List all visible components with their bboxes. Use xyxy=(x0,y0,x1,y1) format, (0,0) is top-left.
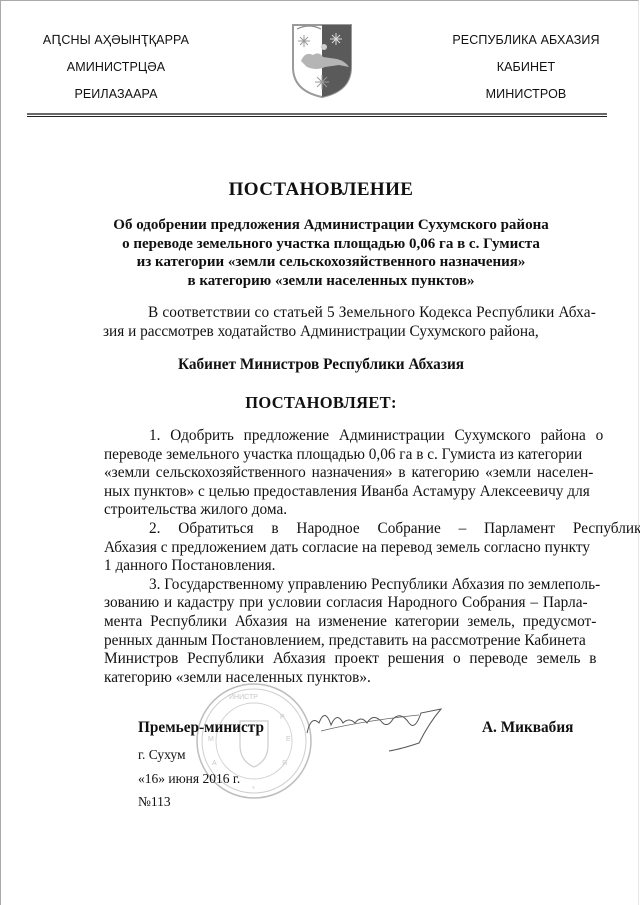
subject-line: из категории «земли сельскохозяйственног… xyxy=(101,253,561,272)
preamble-line: В соответствии со статьей 5 Земельного К… xyxy=(103,303,591,322)
letterhead-russian: РЕСПУБЛИКА АБХАЗИЯ КАБИНЕТ МИНИСТРОВ xyxy=(446,27,606,108)
item-line: мента Республики Абхазия на изменение ка… xyxy=(104,613,592,632)
letterhead-abkhaz: АԤСНЫ АҲӘЫНҬҚАРРА АМИНИСТРЦӘА РЕИЛАЗААРА xyxy=(31,27,201,108)
letterhead-line: МИНИСТРОВ xyxy=(446,81,606,108)
item-line: 1. Одобрить предложение Администрации Су… xyxy=(104,427,592,446)
preamble-line: зия и рассмотрев ходатайство Администрац… xyxy=(103,322,591,341)
subject-line: в категорию «земли населенных пунктов» xyxy=(101,272,561,291)
signatory-position: Премьер-министр xyxy=(138,719,264,737)
letterhead-line: РЕИЛАЗААРА xyxy=(31,81,201,108)
svg-text:Я: Я xyxy=(282,760,287,767)
resolves-heading: ПОСТАНОВЛЯЕТ: xyxy=(1,393,640,413)
letterhead-line: АМИНИСТРЦӘА xyxy=(31,54,201,81)
item-2: 2. Обратиться в Народное Собрание – Парл… xyxy=(104,520,592,576)
item-line: «земли сельскохозяйственного назначения»… xyxy=(104,464,592,483)
signatory-name: А. Миквабия xyxy=(482,719,573,737)
item-line: Министров Республики Абхазия проект реше… xyxy=(104,650,592,669)
item-line: 1 данного Постановления. xyxy=(104,557,592,576)
item-line: ренных данным Постановлением, представит… xyxy=(104,632,592,651)
document-page: АԤСНЫ АҲӘЫНҬҚАРРА АМИНИСТРЦӘА РЕИЛАЗААРА… xyxy=(0,0,639,905)
preamble: В соответствии со статьей 5 Земельного К… xyxy=(103,303,591,341)
letterhead-line: АԤСНЫ АҲӘЫНҬҚАРРА xyxy=(31,27,201,54)
issuer: Кабинет Министров Республики Абхазия xyxy=(1,356,640,374)
item-line: 3. Государственному управлению Республик… xyxy=(104,576,592,595)
svg-text:Р: Р xyxy=(280,714,285,721)
item-line: 2. Обратиться в Народное Собрание – Парл… xyxy=(104,520,592,539)
letterhead-line: РЕСПУБЛИКА АБХАЗИЯ xyxy=(446,27,606,54)
document-title: ПОСТАНОВЛЕНИЕ xyxy=(1,179,640,201)
item-line: Абхазия с предложением дать согласие на … xyxy=(104,539,592,558)
svg-text:ИНИСТР: ИНИСТР xyxy=(229,694,258,701)
document-subject: Об одобрении предложения Администрации С… xyxy=(101,216,561,290)
subject-line: Об одобрении предложения Администрации С… xyxy=(101,216,561,235)
header-divider-thin xyxy=(27,116,607,117)
issue-date: «16» июня 2016 г. xyxy=(138,771,240,787)
item-line: ных пунктов» с целью предоставления Иван… xyxy=(104,483,592,502)
svg-text:А: А xyxy=(212,760,217,767)
resolution-items: 1. Одобрить предложение Администрации Су… xyxy=(104,427,592,687)
item-line: зованию и кадастру при условии согласия … xyxy=(104,594,592,613)
item-line: переводе земельного участка площадью 0,0… xyxy=(104,446,592,465)
item-line: строительства жилого дома. xyxy=(104,501,592,520)
item-line: категорию «земли населенных пунктов». xyxy=(104,669,592,688)
svg-text:*: * xyxy=(252,786,255,793)
item-3: 3. Государственному управлению Республик… xyxy=(104,576,592,688)
coat-of-arms-icon xyxy=(291,21,353,99)
svg-text:Е: Е xyxy=(286,736,291,743)
item-1: 1. Одобрить предложение Администрации Су… xyxy=(104,427,592,520)
signature-icon xyxy=(301,693,451,753)
document-number: №113 xyxy=(138,794,171,810)
letterhead-line: КАБИНЕТ xyxy=(446,54,606,81)
svg-text:М: М xyxy=(208,736,214,743)
issue-place: г. Сухум xyxy=(138,747,186,763)
subject-line: о переводе земельного участка площадью 0… xyxy=(101,235,561,254)
header-divider xyxy=(27,113,607,115)
